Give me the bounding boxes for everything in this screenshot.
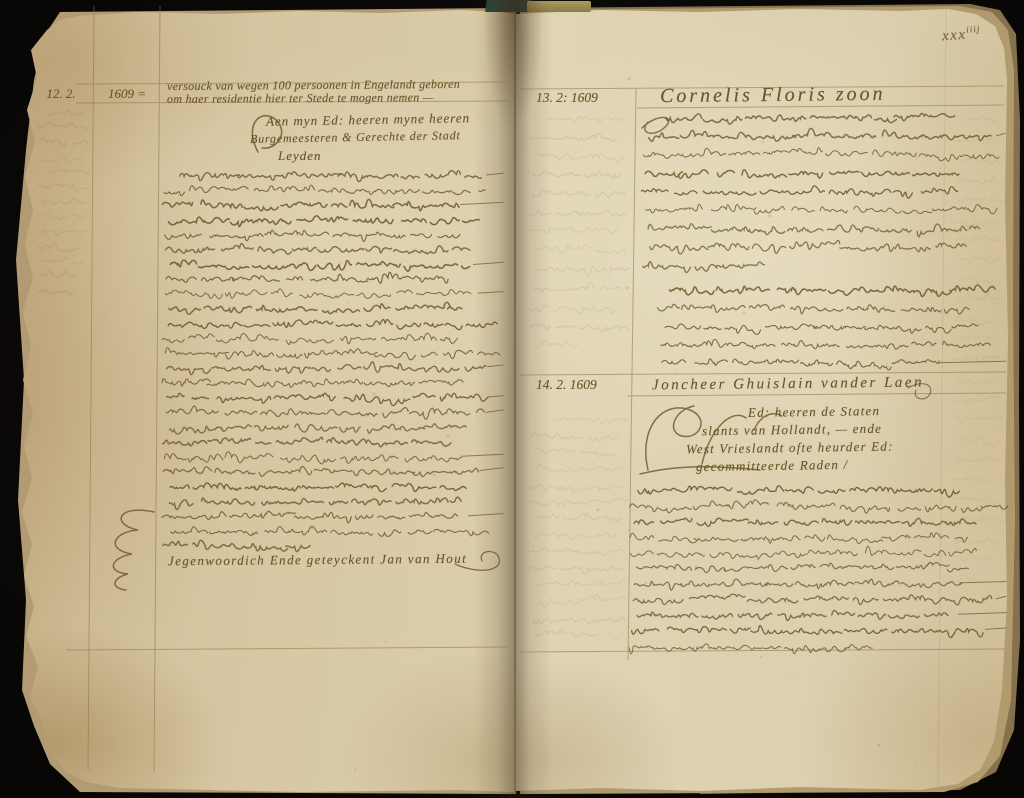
- right-entry2-date: 14. 2. 1609: [536, 377, 632, 393]
- marginal-flourish: [113, 510, 154, 590]
- right-margin-bleedthrough: [952, 117, 1004, 583]
- left-margin-bleedthrough: [38, 111, 90, 295]
- rule-right-entry2-top: [520, 372, 1006, 375]
- left-salutation-line3: Leyden: [278, 148, 322, 164]
- entry2-main-text: [629, 486, 1008, 654]
- folio-number: xxxiiij: [941, 25, 981, 46]
- entry1-second-paragraph: [658, 285, 1007, 370]
- rule-right-margin: [938, 8, 946, 788]
- left-entry-header-line2: om haer residentie hier ter Stede te mog…: [167, 90, 434, 107]
- entry1-left-column-bleedthrough: [529, 116, 630, 348]
- right-entry2-header: Joncheer Ghuislain vander Laen: [652, 375, 924, 395]
- rule-left-footer: [66, 647, 508, 650]
- manuscript-scan: 12. 2. 1609 = versouck van wegen 100 per…: [0, 0, 1024, 798]
- left-entry-date-year: 1609 =: [98, 86, 156, 102]
- right-entry2-salutation-line2: slants van Hollandt, — ende: [702, 421, 882, 440]
- ruled-lines: [66, 6, 1006, 788]
- folio-number-base: xxx: [941, 27, 967, 45]
- left-entry-main-text: [162, 171, 503, 552]
- right-entry2-salutation-line1: Ed: heeren de Staten: [748, 403, 880, 421]
- entry1-main-text: [642, 114, 1006, 273]
- entry2-left-column-bleedthrough: [529, 417, 629, 637]
- right-entry1-header: Cornelis Floris zoon: [660, 83, 886, 108]
- rule-left-v2: [154, 6, 160, 772]
- right-entry2-salutation-line3: West Vrieslandt ofte heurder Ed:: [686, 439, 894, 458]
- folio-number-superscript: iiij: [966, 25, 981, 36]
- rule-right-footer: [520, 649, 1004, 652]
- left-entry-date-day-month: 12. 2.: [30, 86, 92, 102]
- rule-left-v1: [88, 6, 94, 770]
- right-entry2-salutation-line4: gecommitteerde Raden /: [696, 457, 848, 475]
- entry1-paraph: [642, 117, 669, 133]
- left-entry-closing-line: Jegenwoordich Ende geteyckent Jan van Ho…: [168, 551, 467, 570]
- right-entry1-date: 13. 2: 1609: [536, 90, 632, 106]
- ink-overlay: [0, 0, 1024, 798]
